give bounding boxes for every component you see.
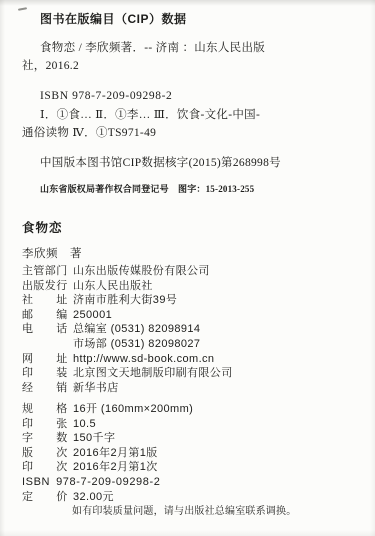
info-row-value: 2016年2月第1版: [66, 446, 367, 461]
print-spec-list: 规 格 16开 (160mm×200mm) 印 张 10.5 字 数 150千字…: [22, 402, 367, 504]
cip-record-number-line: 中国版本图书馆CIP数据核字(2015)第268998号: [22, 156, 363, 170]
info-row-value: 总编室 (0531) 82098914 市场部 (0531) 82098027: [66, 322, 367, 351]
info-row-value: 978-7-209-09298-2: [50, 475, 160, 490]
info-row-label: 主管部门: [22, 264, 66, 279]
cip-data-block: 图书在版编目（CIP）数据 食物恋 / 李欣频著．-- 济南 ：山东人民出版 社…: [22, 12, 363, 196]
info-row-label: 网 址: [22, 352, 66, 367]
info-row: 社 址 济南市胜利大街39号: [22, 293, 367, 308]
info-row-value: 山东人民出版社: [66, 279, 367, 294]
info-row: 主管部门 山东出版传媒股份有限公司: [22, 264, 367, 279]
info-row-value: 济南市胜利大街39号: [66, 293, 367, 308]
info-row-label: 经 销: [22, 381, 66, 396]
publication-info-list: 主管部门 山东出版传媒股份有限公司 出版发行 山东人民出版社 社 址 济南市胜利…: [22, 264, 367, 395]
info-row: 印 次 2016年2月第1次: [22, 460, 367, 475]
info-row-label: ISBN: [22, 475, 50, 490]
info-row: 经 销 新华书店: [22, 381, 367, 396]
info-row: 字 数 150千字: [22, 431, 367, 446]
info-row-value: 250001: [66, 308, 367, 323]
book-title: 食物恋: [22, 218, 82, 236]
copyright-page: 图书在版编目（CIP）数据 食物恋 / 李欣频著．-- 济南 ：山东人民出版 社…: [0, 0, 375, 536]
info-row: 版 次 2016年2月第1版: [22, 446, 367, 461]
info-row-label: 社 址: [22, 293, 66, 308]
info-row-label: 印 次: [22, 460, 66, 475]
book-author: 李欣频 著: [22, 245, 82, 261]
info-row-label: 印 张: [22, 417, 66, 432]
cip-classification-line1: Ⅰ．①食… Ⅱ．①李… Ⅲ．饮食-文化-中国-: [22, 108, 363, 122]
info-row-value: 北京图文天地制版印刷有限公司: [66, 366, 367, 381]
info-row: 出版发行 山东人民出版社: [22, 279, 367, 294]
print-spec-section: 规 格 16开 (160mm×200mm) 印 张 10.5 字 数 150千字…: [22, 402, 367, 520]
info-row-label: 规 格: [22, 402, 66, 417]
info-row-value: 16开 (160mm×200mm): [66, 402, 367, 417]
info-row-value: 32.00元: [66, 490, 367, 505]
info-row: ISBN 978-7-209-09298-2: [22, 475, 367, 490]
info-row: 印 装 北京图文天地制版印刷有限公司: [22, 366, 367, 381]
info-row-value: 2016年2月第1次: [66, 460, 367, 475]
cip-header: 图书在版编目（CIP）数据: [22, 12, 363, 26]
cip-description-line1: 食物恋 / 李欣频著．-- 济南 ：山东人民出版: [22, 41, 363, 55]
info-row-label: 字 数: [22, 431, 66, 446]
info-row-label: 印 装: [22, 366, 66, 381]
info-row-label: 邮 编: [22, 308, 66, 323]
info-row-value: 新华书店: [66, 381, 367, 396]
cip-classification-line2: 通俗读物 Ⅳ．①TS971-49: [22, 126, 363, 140]
info-row-value: 山东出版传媒股份有限公司: [66, 264, 367, 279]
info-row: 邮 编 250001: [22, 308, 367, 323]
info-row: 定 价 32.00元: [22, 490, 367, 505]
info-row-label: 版 次: [22, 446, 66, 461]
title-block: 食物恋 李欣频 著: [22, 218, 82, 261]
info-row-value: 150千字: [66, 431, 367, 446]
scan-artifact-mark: [18, 7, 27, 11]
info-row: 印 张 10.5: [22, 417, 367, 432]
info-row: 电 话 总编室 (0531) 82098914 市场部 (0531) 82098…: [22, 322, 367, 351]
info-row-label: 电 话: [22, 322, 66, 337]
info-row-label: 出版发行: [22, 279, 66, 294]
quality-note: 如有印装质量问题，请与出版社总编室联系调换。: [72, 505, 367, 520]
info-row-value: http://www.sd-book.com.cn: [66, 352, 367, 367]
info-row-label: 定 价: [22, 490, 66, 505]
info-row-value: 10.5: [66, 417, 367, 432]
info-row: 规 格 16开 (160mm×200mm): [22, 402, 367, 417]
cip-isbn-line: ISBN 978-7-209-09298-2: [22, 89, 363, 103]
info-row: 网 址 http://www.sd-book.com.cn: [22, 352, 367, 367]
copyright-registration-line: 山东省版权局著作权合同登记号 图字：15-2013-255: [22, 182, 363, 196]
cip-description-line2: 社，2016.2: [22, 59, 363, 73]
